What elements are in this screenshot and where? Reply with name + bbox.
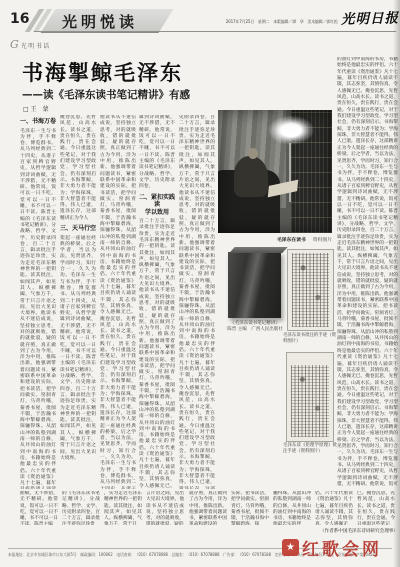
section-heading-3: 三、天马行空 xyxy=(60,225,96,233)
column-tag-label: 光明书话 xyxy=(21,41,51,50)
column-logo-icon: G xyxy=(10,40,19,50)
section-heading-2: 二、紧扣实践读 学以致用 xyxy=(139,194,175,217)
bottom-column-9: 已。掩卷沉思，先哲风范，山高水长。读书之道，贵在恒久，贵在践行，贵在会通。今日重… xyxy=(357,491,395,525)
photo-lamp-pole xyxy=(289,143,291,202)
section-heading-2-line1: 二、紧扣实践读 xyxy=(139,194,175,209)
photo-caption: 毛泽东在读书 资料图片 xyxy=(218,236,332,243)
manuscript-handwriting xyxy=(292,253,329,327)
bottom-column-4: 言片语之间，见出大见识大境界。他读书从不迷信成说，坚持独立思考，对的就吸收，错的… xyxy=(146,491,184,525)
photo-bookshelf xyxy=(291,110,332,233)
text-column-1: 一、书海万卷 毛泽东一生与书为伴，手不释卷，博览群书。从马列经典到二十四史，从诸… xyxy=(20,115,56,489)
manuscript-scan-1 xyxy=(287,249,334,331)
photo-curtain xyxy=(218,110,286,208)
photo-armchair xyxy=(218,170,280,233)
bottom-column-1: 曲赋，无不涉猎，无不精研。他常说，饭可以一日不吃，觉可以一日不睡，书不可以一日不… xyxy=(20,491,58,525)
text-column-5: 史附录四卷，百二十万言，辑录批注手迹弥足珍贵，实为走近毛泽东精神世界的一把钥匙。… xyxy=(179,115,215,489)
photo-open-book xyxy=(268,179,299,197)
book-cover-image xyxy=(228,252,281,318)
article-title: 书海掣鲸毛泽东 xyxy=(22,57,183,87)
body-text: 百二十万言，辑录批注手迹弥足珍贵，实为走近毛泽东精神世界的一把钥匙。读其批注，如… xyxy=(139,219,175,489)
body-text: 掩卷沉思，先哲风范，山高水长。读书之道，贵在恒久，贵在践行，贵在会通。今日重温这… xyxy=(60,115,96,222)
bottom-column-8: 侣。六十年代重读《资治通鉴》凡十七遍，暮年目疾仍请人诵读不辍，其志弥坚，其情弥真… xyxy=(315,491,353,525)
body-text: 辑到诗词曲赋，无不涉猎，无不精研。他常说，饭可以一日不吃，觉可以一日不睡，书不可… xyxy=(139,115,175,191)
photo-mao-reading xyxy=(218,110,332,233)
photo-lamp-glow xyxy=(261,110,320,152)
body-text: 架起一座通往经典的桥梁。后之学者，当以为法，见贤思齐，学而时习，知行合一，久久为… xyxy=(60,236,96,463)
article-subtitle: ——读《毛泽东读书笔记精讲》有感 xyxy=(22,87,190,102)
manuscript-scan-2 xyxy=(286,352,334,442)
book-caption: 《毛泽东读书笔记精讲》 陈晋 主编 广西人民出版社 xyxy=(214,321,296,333)
text-column-4: 辑到诗词曲赋，无不涉猎，无不精研。他常说，饭可以一日不吃，觉可以一日不睡，书不可… xyxy=(139,115,175,489)
text-column-2: 掩卷沉思，先哲风范，山高水长。读书之道，贵在恒久，贵在践行，贵在会通。今日重温这… xyxy=(60,115,96,489)
manuscript-handwriting xyxy=(291,365,329,437)
column-tag: G 光明书话 xyxy=(10,40,51,50)
body-text: 他读书从不迷信成说，坚持独立思考，对的就吸收，错的就批驳，疑的就存照，真正做到了… xyxy=(100,115,136,489)
bottom-column-6: 实际，把书读活，把学问做实。窑洞青灯，马背吟哦，菊香书屋，批阅不辍，于浩瀚书海中… xyxy=(231,491,269,525)
watermark-star-icon: ★ xyxy=(282,539,299,556)
photo-caption-credit: 资料图片 xyxy=(313,236,332,243)
photo-caption-title: 毛泽东在读书 xyxy=(277,236,306,243)
page-number: 16 xyxy=(10,11,29,27)
section-heading-2-line2: 学以致用 xyxy=(139,209,175,217)
photo-figure-head xyxy=(248,148,258,159)
section-title: 光明悦读 xyxy=(62,11,138,32)
bottom-column-7: 骊得珠。从韶山冲的私塾到湖南一师的自修，从井冈山的油灯到中南海的书房，书籍始终是… xyxy=(273,491,311,525)
watermark-text: 红歌会网 xyxy=(302,535,382,560)
photo-reading-figure xyxy=(234,156,268,198)
text-column-right: 的油灯到中南海的书房，书籍始终是他最忠实的伴侣。六十年代重读《资治通鉴》凡十七遍… xyxy=(337,57,398,487)
body-text: 史附录四卷，百二十万言，辑录批注手迹弥足珍贵，实为走近毛泽东精神世界的一把钥匙。… xyxy=(179,115,215,489)
body-text: 毛泽东一生与书为伴，手不释卷，博览群书。从马列经典到二十四史，从诸子百家到稗官野… xyxy=(20,129,56,490)
watermark: ★ 红歌会网 xyxy=(282,535,382,560)
section-heading-1: 一、书海万卷 xyxy=(20,118,56,126)
bottom-column-5: 就存照，真正做到了古为今用，洋为中用，推陈出新。他强调带着问题读书，紧密联系中国… xyxy=(189,491,227,525)
body-text: 的油灯到中南海的书房，书籍始终是他最忠实的伴侣。六十年代重读《资治通鉴》凡十七遍… xyxy=(337,57,398,487)
manuscript-2-caption: 毛泽东读《伦理学原理》批注手迹（资料图片） xyxy=(283,443,337,455)
newspaper-page: 16 光明悦读 2017年7月25日 星期二 本版编辑／谭 华 美术编辑／郭红松… xyxy=(0,0,400,567)
manuscript-1-caption: 毛泽东读书批注的手迹（资料图片） xyxy=(283,333,336,345)
newspaper-masthead: 光明日报 xyxy=(341,6,400,28)
header-rule xyxy=(34,31,396,32)
bottom-column-3: ，实为走近毛泽东精神世界的一把钥匙。读其批注，如闻其声，如见其人。纵横捭阖，气象… xyxy=(104,491,142,525)
bottom-column-2: 的《毛泽东读书笔记精讲》，分战略、哲学、文学、历史附录四卷，百二十万言，辑录批注… xyxy=(62,491,100,525)
text-column-3: 他读书从不迷信成说，坚持独立思考，对的就吸收，错的就批驳，疑的就存照，真正做到了… xyxy=(100,115,136,489)
author-end-note: （作者系中国毛泽东诗词研究会理事） xyxy=(230,528,398,534)
page-edge-shadow xyxy=(393,0,400,567)
dateline: 2017年7月25日 星期二 本版编辑／谭 华 美术编辑／郭红松 xyxy=(226,19,338,25)
article-byline: □ 王 蒙 xyxy=(23,104,49,113)
